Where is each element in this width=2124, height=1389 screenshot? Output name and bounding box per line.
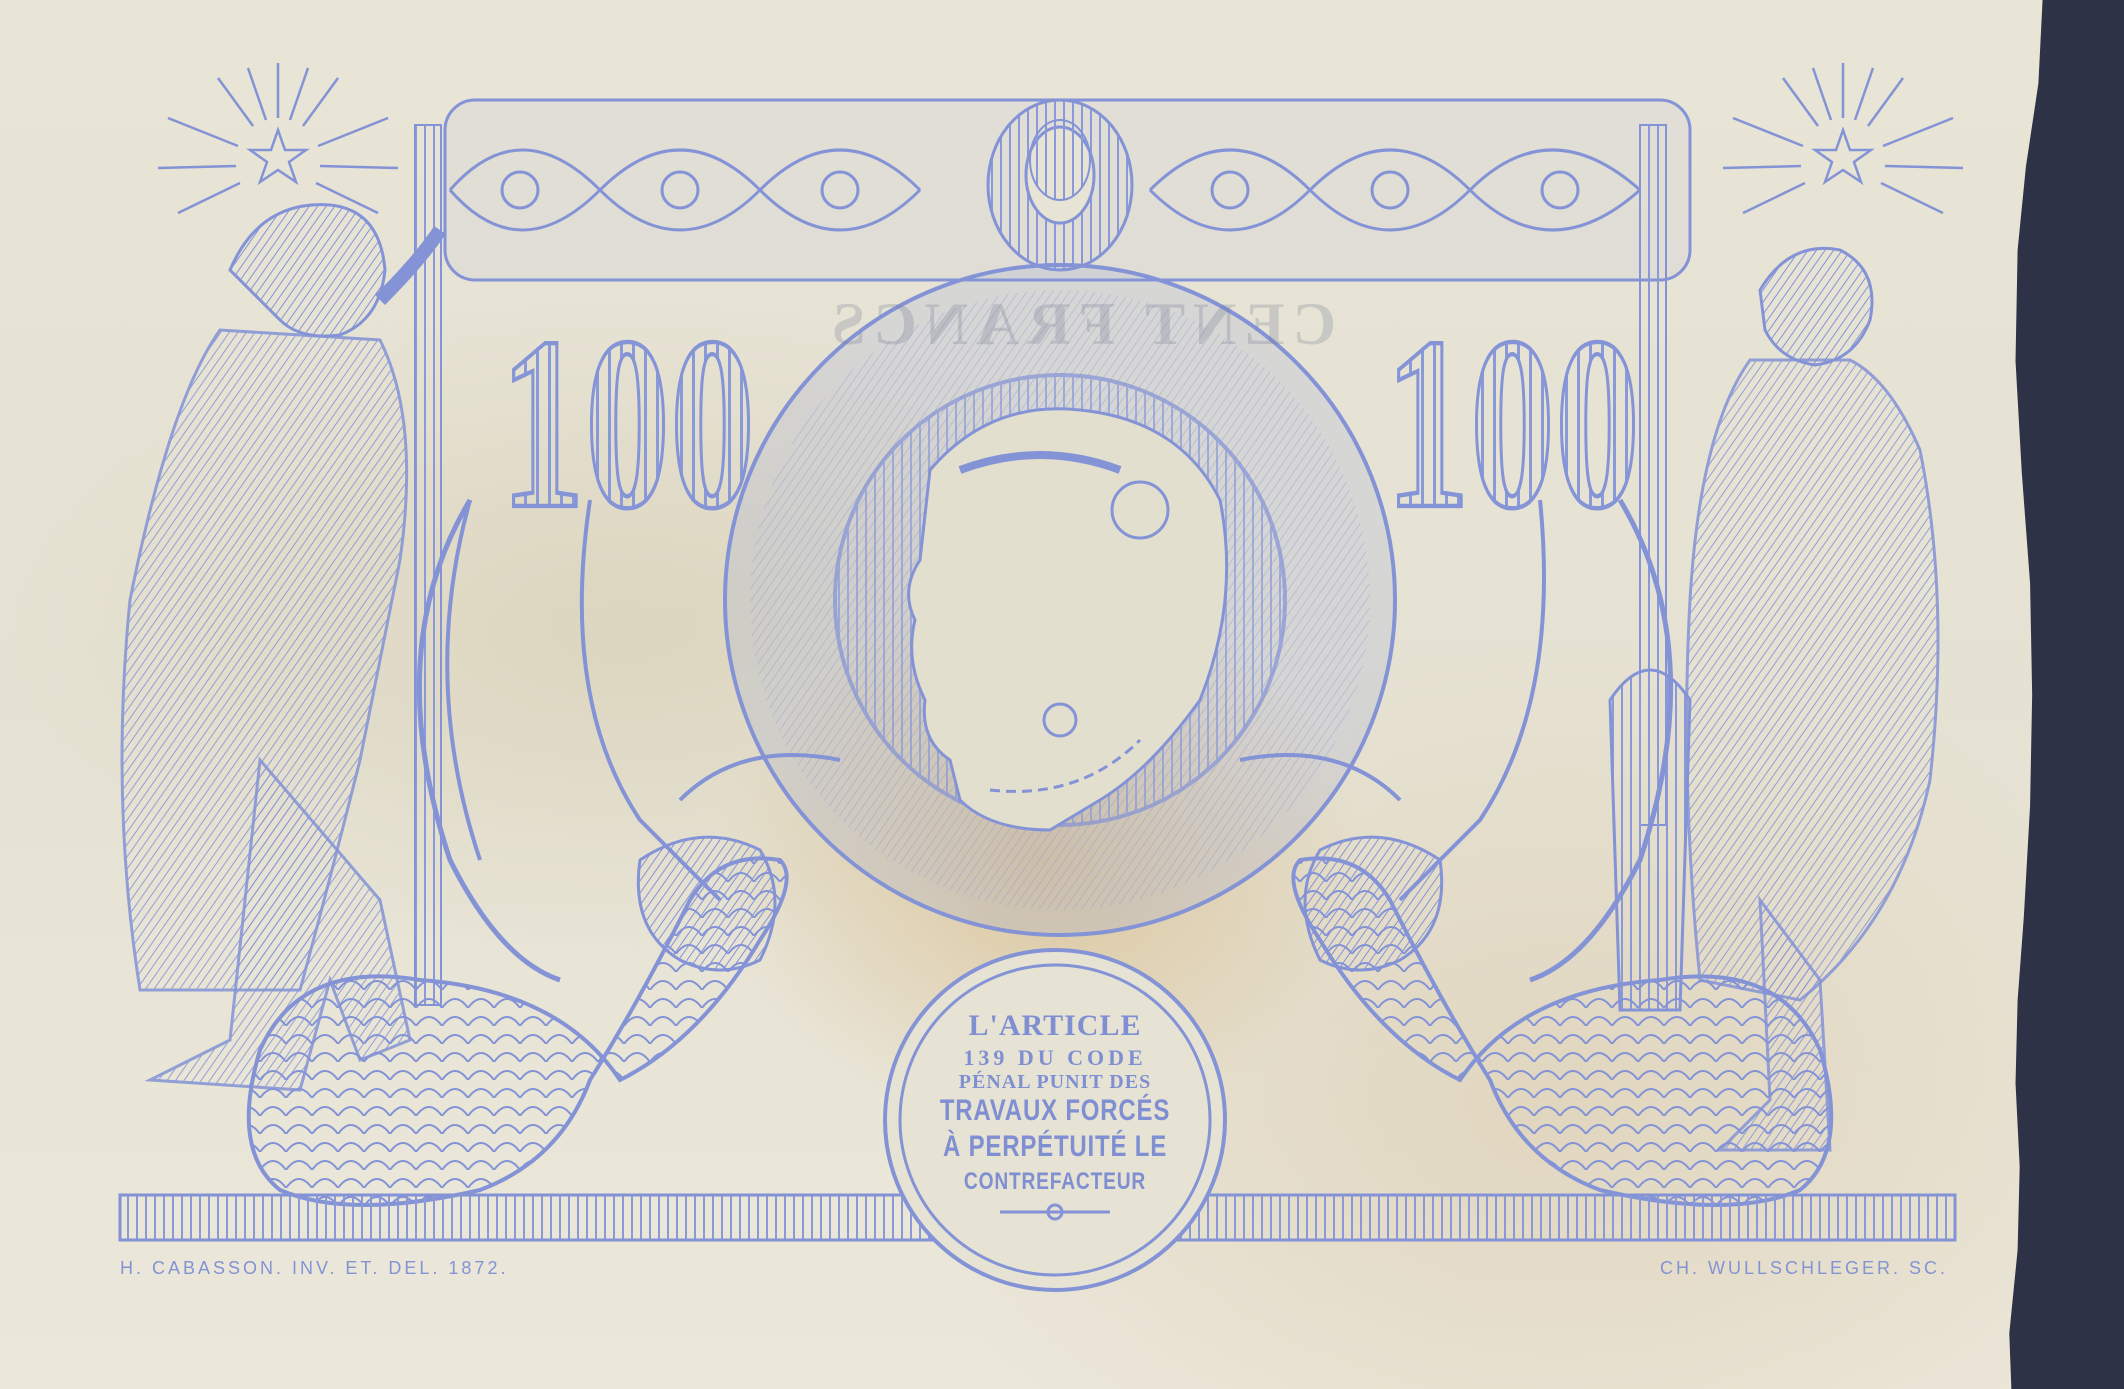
radiant-star-icon-right — [1723, 63, 1963, 213]
plaque-line-1: L'ARTICLE — [905, 1010, 1205, 1042]
designer-credit: H. CABASSON. INV. ET. DEL. 1872. — [120, 1258, 508, 1279]
crescent-icon — [988, 100, 1132, 270]
denomination-left: 100 — [500, 300, 755, 547]
plaque-line-6: CONTREFACTEUR — [935, 1169, 1175, 1194]
plaque-line-4: TRAVAUX FORCÉS — [935, 1095, 1175, 1127]
radiant-star-icon-left — [158, 63, 398, 213]
portrait-medallion — [725, 265, 1395, 935]
plaque-line-5: À PERPÉTUITÉ LE — [935, 1131, 1175, 1163]
denomination-right: 100 — [1385, 300, 1640, 547]
plaque-line-3: PÉNAL PUNIT DES — [905, 1072, 1205, 1093]
engraver-credit: CH. WULLSCHLEGER. SC. — [1660, 1258, 1948, 1279]
plaque-line-2: 139 DU CODE — [905, 1046, 1205, 1069]
left-figure — [122, 125, 441, 1090]
